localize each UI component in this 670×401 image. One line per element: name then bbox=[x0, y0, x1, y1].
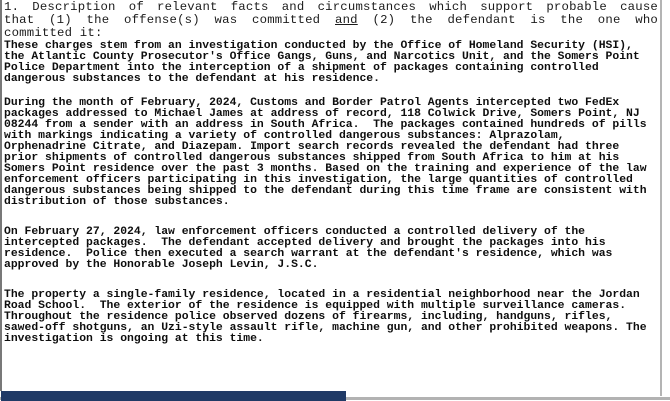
paragraph-controlled-delivery: On February 27, 2024, law enforcement of… bbox=[4, 227, 658, 271]
scan-edge-right-line bbox=[660, 0, 662, 396]
paragraph-package-interception: During the month of February, 2024, Cust… bbox=[4, 98, 658, 208]
scanned-court-document-page: 1. Description of relevant facts and cir… bbox=[0, 0, 670, 401]
heading-line-3: committed it: bbox=[4, 27, 658, 40]
heading-line-2-pre: that (1) the offense(s) was committed bbox=[4, 13, 335, 27]
document-content: 1. Description of relevant facts and cir… bbox=[4, 1, 658, 345]
paragraph-residence-search: The property a single-family residence, … bbox=[4, 290, 658, 345]
heading-line-2-post: (2) the defendant is the one who bbox=[358, 13, 658, 27]
probable-cause-heading: 1. Description of relevant facts and cir… bbox=[4, 1, 658, 40]
paragraph-investigation-origin: These charges stem from an investigation… bbox=[4, 41, 658, 85]
heading-underlined-and: and bbox=[335, 13, 358, 27]
bottom-bar bbox=[1, 391, 346, 401]
scan-edge-left-line bbox=[0, 0, 2, 391]
